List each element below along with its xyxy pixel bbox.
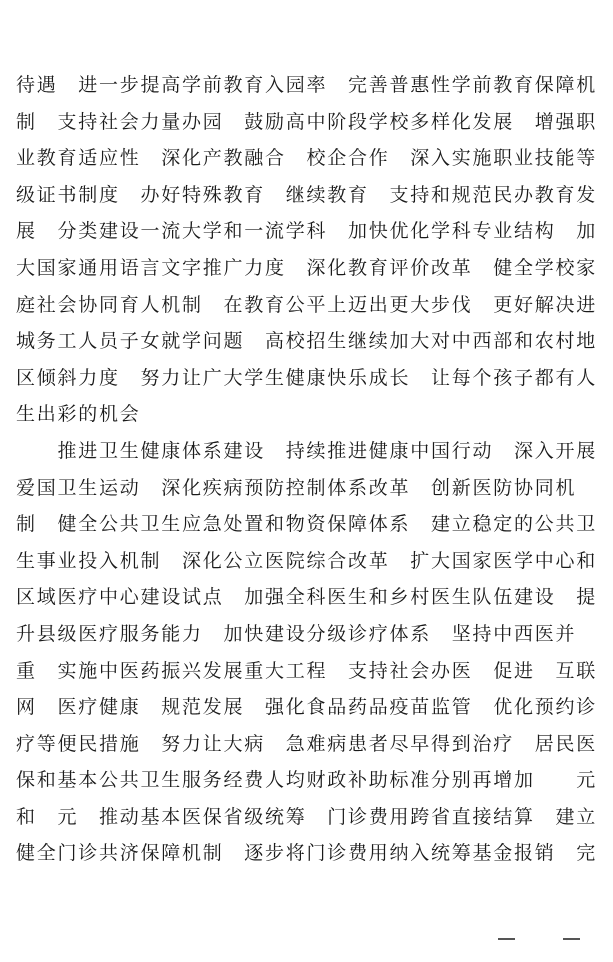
page-footer	[0, 938, 613, 942]
page-number-dash-left	[498, 938, 515, 940]
text-line: 待遇 进一步提高学前教育入园率 完善普惠性学前教育保障机	[16, 70, 600, 107]
text-line: 城务工人员子女就学问题 高校招生继续加大对中西部和农村地	[16, 326, 600, 363]
text-line: 制 支持社会力量办园 鼓励高中阶段学校多样化发展 增强职	[16, 107, 600, 144]
text-line: 庭社会协同育人机制 在教育公平上迈出更大步伐 更好解决进	[16, 290, 600, 327]
text-line: 区域医疗中心建设试点 加强全科医生和乡村医生队伍建设 提	[16, 582, 600, 619]
text-line: 和 元 推动基本医保省级统筹 门诊费用跨省直接结算 建立	[16, 802, 600, 839]
text-line: 保和基本公共卫生服务经费人均财政补助标准分别再增加 元	[16, 765, 600, 802]
text-line: 级证书制度 办好特殊教育 继续教育 支持和规范民办教育发	[16, 180, 600, 217]
text-line: 升县级医疗服务能力 加快建设分级诊疗体系 坚持中西医并	[16, 619, 600, 656]
text-line: 业教育适应性 深化产教融合 校企合作 深入实施职业技能等	[16, 143, 600, 180]
text-line: 制 健全公共卫生应急处置和物资保障体系 建立稳定的公共卫	[16, 509, 600, 546]
text-line: 重 实施中医药振兴发展重大工程 支持社会办医 促进 互联	[16, 656, 600, 693]
text-line: 疗等便民措施 努力让大病 急难病患者尽早得到治疗 居民医	[16, 729, 600, 766]
paragraph-start-line: 推进卫生健康体系建设 持续推进健康中国行动 深入开展	[16, 436, 600, 473]
text-line: 生出彩的机会	[16, 399, 600, 436]
text-line: 生事业投入机制 深化公立医院综合改革 扩大国家医学中心和	[16, 546, 600, 583]
text-line: 大国家通用语言文字推广力度 深化教育评价改革 健全学校家	[16, 253, 600, 290]
text-line: 展 分类建设一流大学和一流学科 加快优化学科专业结构 加	[16, 216, 600, 253]
text-line: 区倾斜力度 努力让广大学生健康快乐成长 让每个孩子都有人	[16, 363, 600, 400]
text-line: 健全门诊共济保障机制 逐步将门诊费用纳入统筹基金报销 完	[16, 838, 600, 875]
text-line: 网 医疗健康 规范发展 强化食品药品疫苗监管 优化预约诊	[16, 692, 600, 729]
document-body: 待遇 进一步提高学前教育入园率 完善普惠性学前教育保障机 制 支持社会力量办园 …	[16, 70, 600, 875]
text-line: 爱国卫生运动 深化疾病预防控制体系改革 创新医防协同机	[16, 473, 600, 510]
page-number-dash-right	[563, 938, 580, 940]
